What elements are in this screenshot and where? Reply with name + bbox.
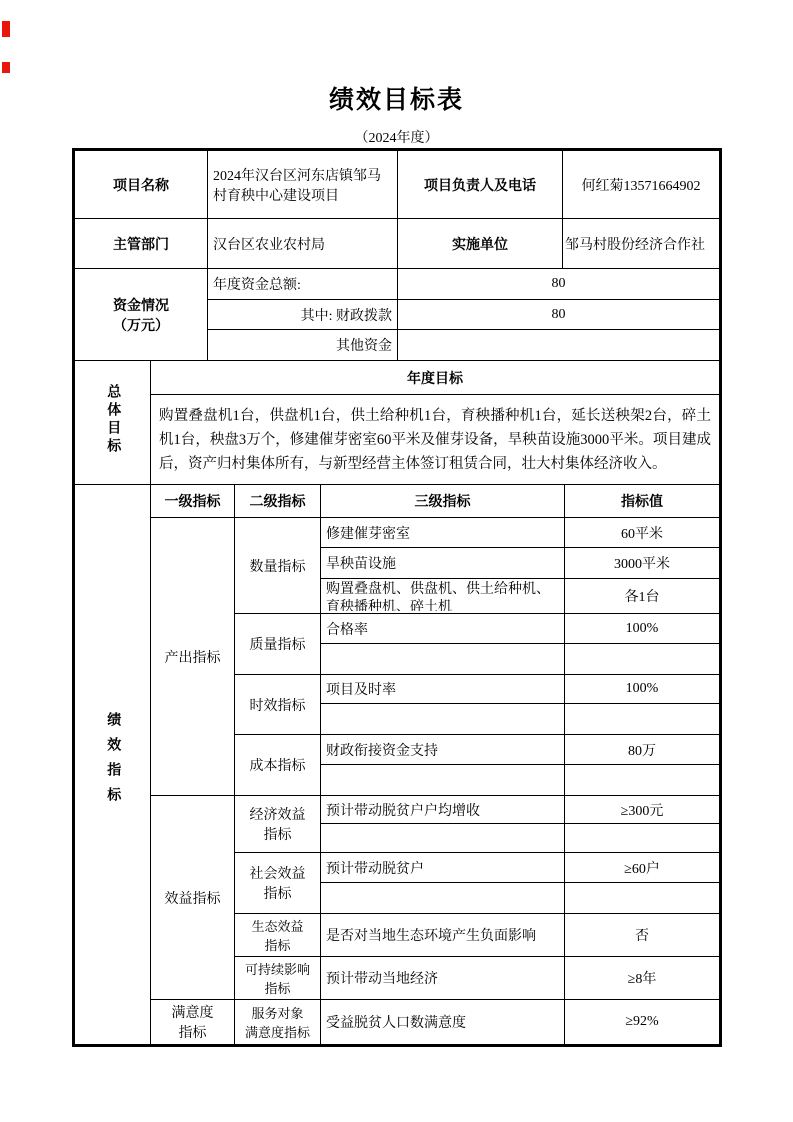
table-row: 总体目标 年度目标 — [75, 361, 720, 395]
annual-goal-header: 年度目标 — [151, 361, 720, 395]
indicator-value: ≥8年 — [565, 957, 720, 1000]
indicators-table: 绩效指标 一级指标 二级指标 三级指标 指标值 产出指标 数量指标 修建催芽密室… — [74, 484, 720, 1045]
indicator-value: 3000平米 — [565, 548, 720, 579]
impl-unit-value: 邹马村股份经济合作社 — [563, 219, 720, 269]
funding-section-label: 资金情况 （万元） — [75, 269, 208, 361]
level2-service: 服务对象 满意度指标 — [235, 1000, 321, 1045]
indicators-section-cell: 绩效指标 — [75, 485, 151, 1045]
table-row: 项目名称 2024年汉台区河东店镇邹马村育秧中心建设项目 项目负责人及电话 何红… — [75, 151, 720, 219]
dept-value: 汉台区农业农村局 — [208, 219, 398, 269]
project-name-value: 2024年汉台区河东店镇邹马村育秧中心建设项目 — [208, 151, 398, 219]
level2-quality: 质量指标 — [235, 614, 321, 675]
funding-table: 资金情况 （万元） 年度资金总额: 80 其中: 财政拨款 80 其他资金 — [74, 268, 720, 361]
red-scan-mark — [2, 21, 10, 37]
overall-goal-section-label: 总体目标 — [105, 384, 120, 456]
indicator-name — [321, 704, 565, 735]
annual-goal-text: 购置叠盘机1台，供盘机1台，供土给种机1台，育秧播种机1台，延长送秧架2台，碎土… — [156, 402, 714, 478]
manager-label: 项目负责人及电话 — [398, 151, 563, 219]
performance-target-table: 项目名称 2024年汉台区河东店镇邹马村育秧中心建设项目 项目负责人及电话 何红… — [72, 148, 722, 1047]
annual-goal-text-cell: 购置叠盘机1台，供盘机1台，供土给种机1台，育秧播种机1台，延长送秧架2台，碎土… — [151, 395, 720, 485]
funding-other-label: 其他资金 — [208, 330, 398, 361]
indicator-row: 满意度 指标 服务对象 满意度指标 受益脱贫人口数满意度 ≥92% — [75, 1000, 720, 1045]
indicator-value: ≥92% — [565, 1000, 720, 1045]
document-page: 绩效目标表 （2024年度） 项目名称 2024年汉台区河东店镇邹马村育秧中心建… — [0, 0, 793, 1122]
funding-total-label: 年度资金总额: — [208, 269, 398, 300]
table-row: 购置叠盘机1台，供盘机1台，供土给种机1台，育秧播种机1台，延长送秧架2台，碎土… — [75, 395, 720, 485]
level2-cost: 成本指标 — [235, 735, 321, 796]
level1-satisfaction: 满意度 指标 — [151, 1000, 235, 1045]
level1-output: 产出指标 — [151, 518, 235, 796]
header-value: 指标值 — [565, 485, 720, 518]
indicator-value — [565, 824, 720, 853]
indicator-value — [565, 883, 720, 914]
overall-goal-table: 总体目标 年度目标 购置叠盘机1台，供盘机1台，供土给种机1台，育秧播种机1台，… — [74, 360, 720, 485]
funding-total-value: 80 — [398, 269, 720, 300]
funding-other-value — [398, 330, 720, 361]
table-row: 主管部门 汉台区农业农村局 实施单位 邹马村股份经济合作社 — [75, 219, 720, 269]
dept-label: 主管部门 — [75, 219, 208, 269]
project-name-label: 项目名称 — [75, 151, 208, 219]
info-table: 项目名称 2024年汉台区河东店镇邹马村育秧中心建设项目 项目负责人及电话 何红… — [74, 150, 720, 269]
level2-social: 社会效益 指标 — [235, 853, 321, 914]
indicator-value — [565, 644, 720, 675]
level2-sustain: 可持续影响 指标 — [235, 957, 321, 1000]
funding-fiscal-value: 80 — [398, 300, 720, 330]
header-level3: 三级指标 — [321, 485, 565, 518]
indicator-value: 各1台 — [565, 579, 720, 614]
indicator-name: 合格率 — [321, 614, 565, 644]
indicator-name: 预计带动脱贫户户均增收 — [321, 796, 565, 824]
level2-quantity: 数量指标 — [235, 518, 321, 614]
header-level2: 二级指标 — [235, 485, 321, 518]
indicator-name — [321, 883, 565, 914]
indicator-name: 购置叠盘机、供盘机、供土给种机、育秧播种机、碎土机 — [326, 581, 559, 611]
indicator-header-row: 绩效指标 一级指标 二级指标 三级指标 指标值 — [75, 485, 720, 518]
indicator-name — [321, 765, 565, 796]
indicator-value: 否 — [565, 914, 720, 957]
indicator-name-cell: 购置叠盘机、供盘机、供土给种机、育秧播种机、碎土机 — [321, 579, 565, 614]
indicators-section-label: 绩效指标 — [105, 712, 120, 812]
indicator-row: 产出指标 数量指标 修建催芽密室 60平米 — [75, 518, 720, 548]
indicator-name: 项目及时率 — [321, 675, 565, 704]
indicator-name: 修建催芽密室 — [321, 518, 565, 548]
indicator-row: 效益指标 经济效益 指标 预计带动脱贫户户均增收 ≥300元 — [75, 796, 720, 824]
indicator-name — [321, 644, 565, 675]
funding-fiscal-label: 其中: 财政拨款 — [208, 300, 398, 330]
manager-value: 何红菊13571664902 — [563, 151, 720, 219]
indicator-value — [565, 704, 720, 735]
indicator-value: 100% — [565, 675, 720, 704]
indicator-name: 预计带动脱贫户 — [321, 853, 565, 883]
level2-timeliness: 时效指标 — [235, 675, 321, 735]
level2-ecological: 生态效益 指标 — [235, 914, 321, 957]
impl-unit-label: 实施单位 — [398, 219, 563, 269]
page-subtitle: （2024年度） — [0, 127, 793, 147]
indicator-value — [565, 765, 720, 796]
indicator-value: 60平米 — [565, 518, 720, 548]
indicator-name: 预计带动当地经济 — [321, 957, 565, 1000]
indicator-name: 财政衔接资金支持 — [321, 735, 565, 765]
indicator-value: ≥300元 — [565, 796, 720, 824]
indicator-name: 旱秧苗设施 — [321, 548, 565, 579]
level1-benefit: 效益指标 — [151, 796, 235, 1000]
indicator-value: 80万 — [565, 735, 720, 765]
indicator-name: 是否对当地生态环境产生负面影响 — [321, 914, 565, 957]
indicator-value: ≥60户 — [565, 853, 720, 883]
red-scan-mark — [2, 62, 10, 73]
page-title: 绩效目标表 — [0, 80, 793, 116]
indicator-value: 100% — [565, 614, 720, 644]
indicator-name — [321, 824, 565, 853]
level2-economic: 经济效益 指标 — [235, 796, 321, 853]
overall-goal-section-cell: 总体目标 — [75, 361, 151, 485]
header-level1: 一级指标 — [151, 485, 235, 518]
table-row: 资金情况 （万元） 年度资金总额: 80 — [75, 269, 720, 300]
indicator-name: 受益脱贫人口数满意度 — [321, 1000, 565, 1045]
